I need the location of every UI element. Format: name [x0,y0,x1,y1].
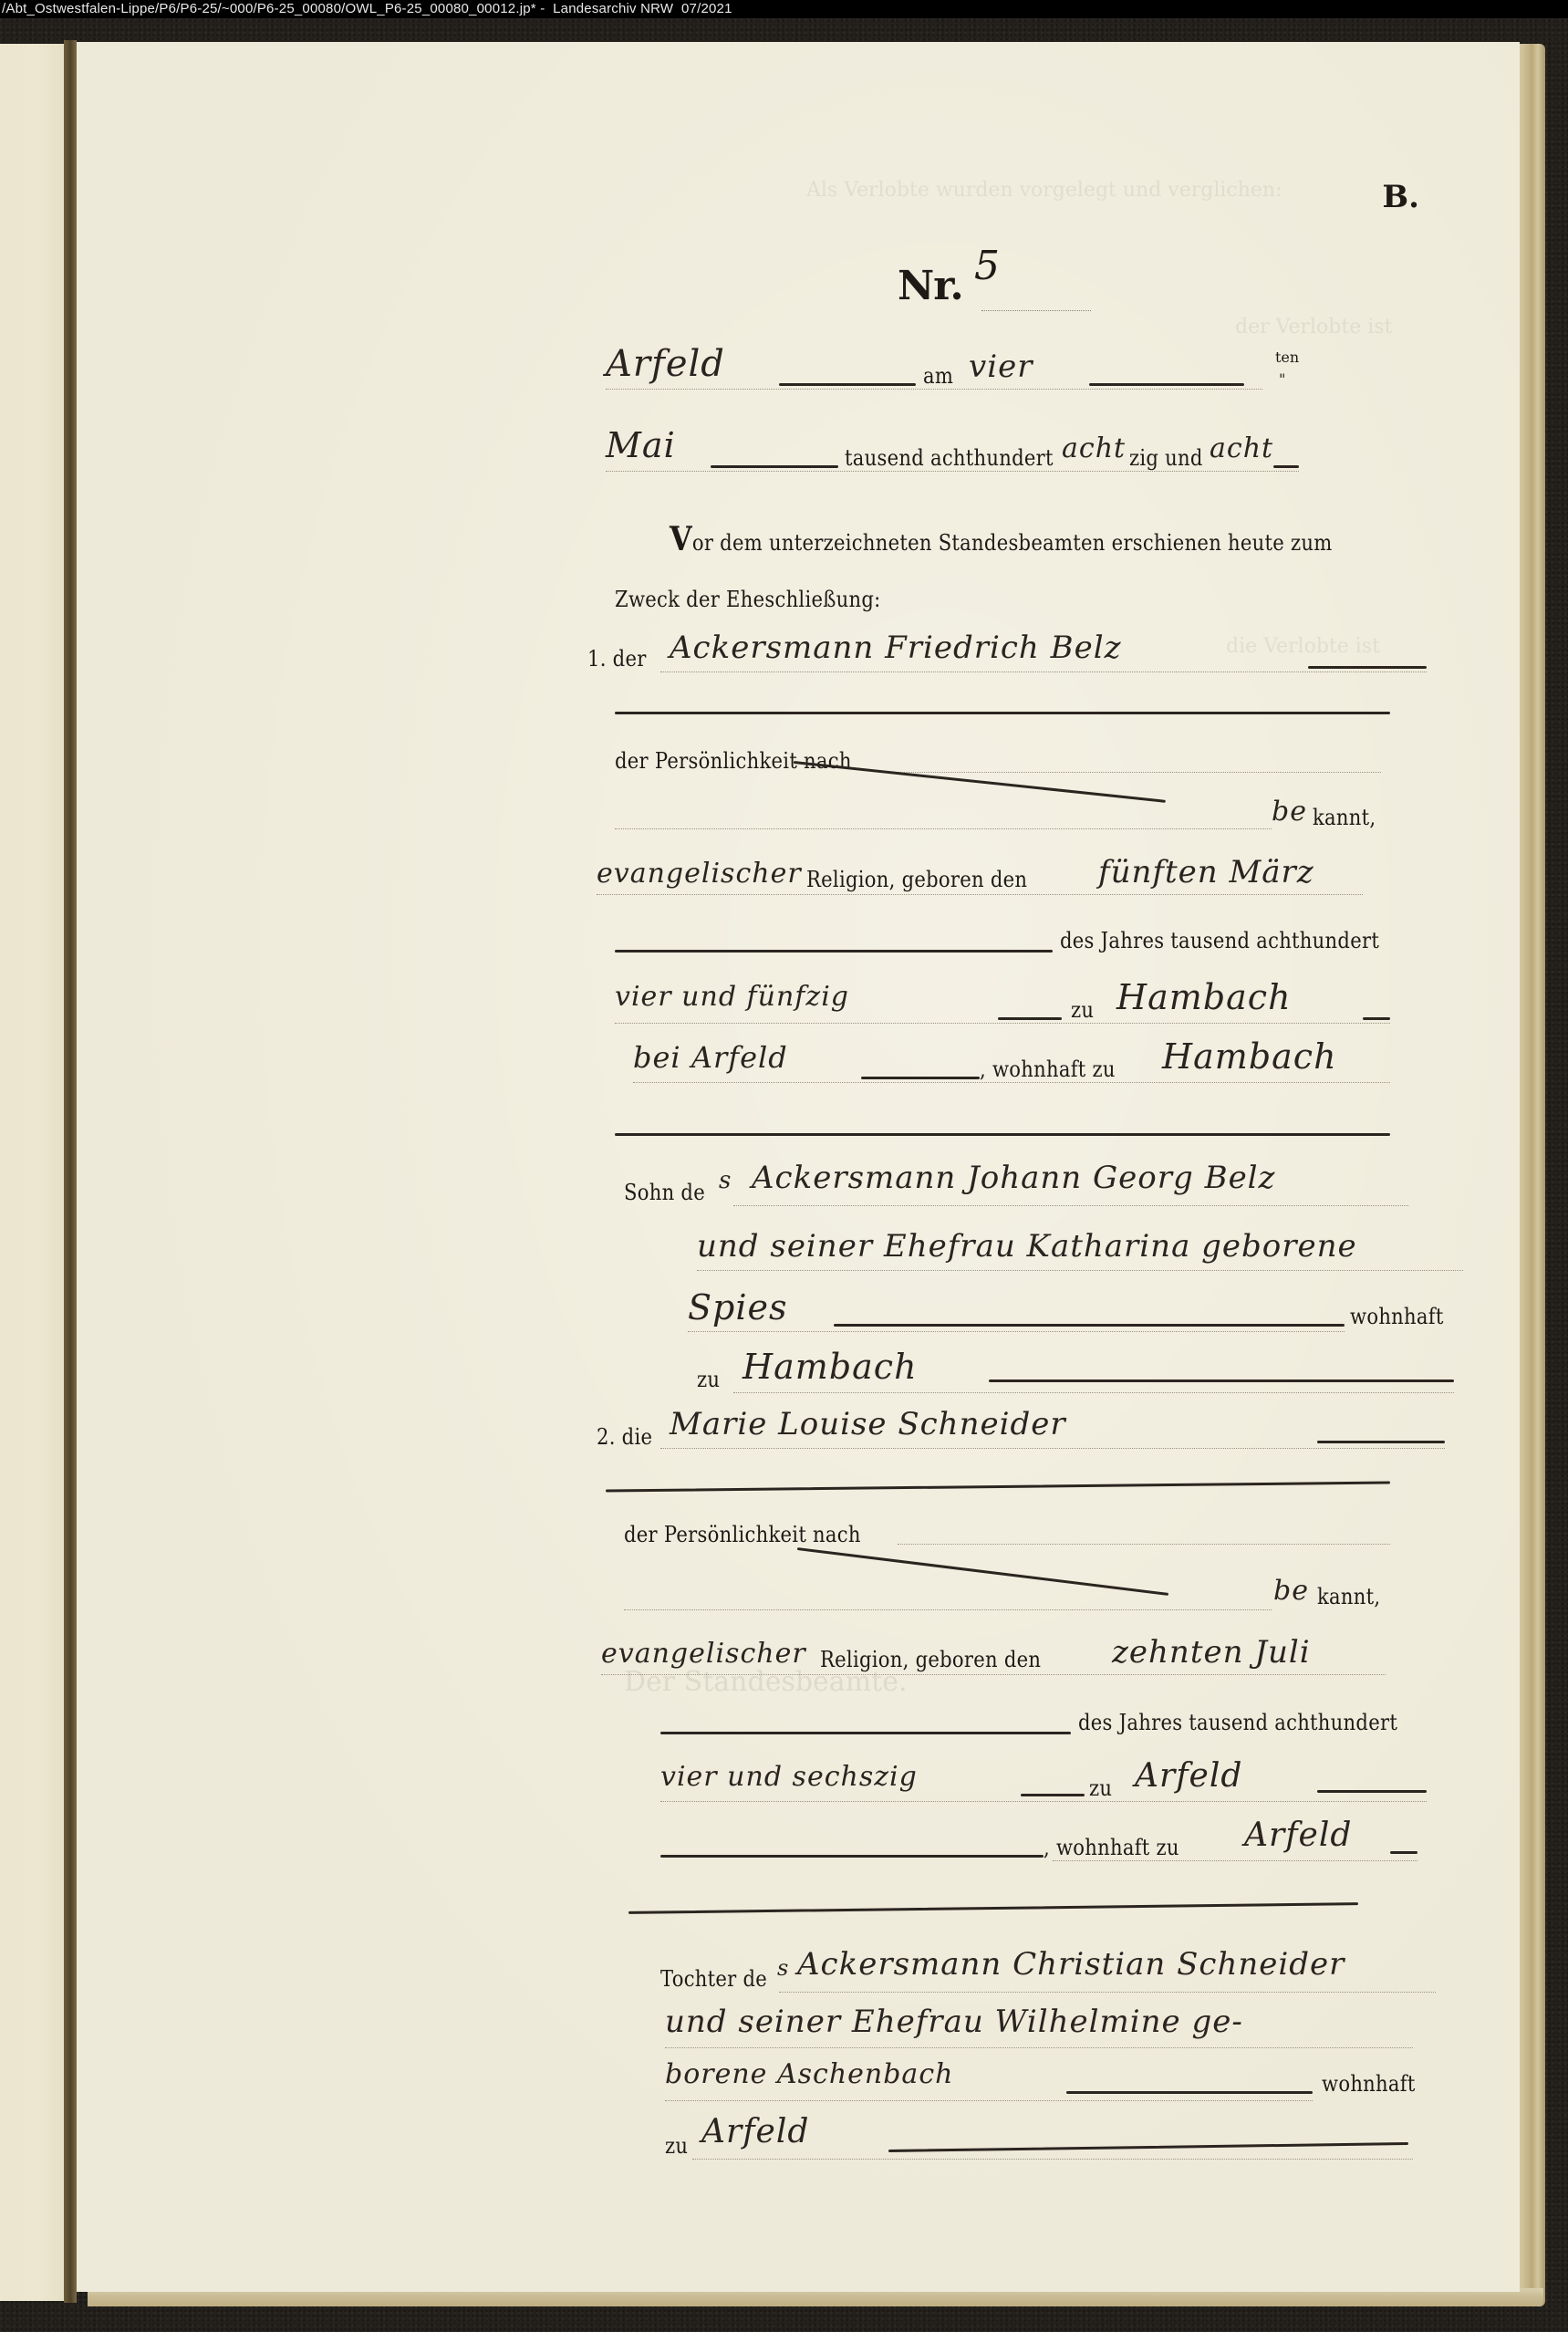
groom-parents-residence: Hambach [742,1347,918,1387]
left-page-edge [0,44,64,2301]
groom-mother-maiden: Spies [688,1287,788,1327]
bride-year-label: des Jahres tausend achthundert [1078,1710,1397,1735]
bride-residence: Arfeld [1244,1817,1352,1854]
bride-section-divider [628,1902,1358,1914]
groom-father: Ackersmann Johann Georg Belz [752,1160,1275,1196]
record-number-label: Nr. [898,263,963,309]
groom-known-line: be kannt, [615,792,1436,847]
window-title-bar: /Abt_Ostwestfalen-Lippe/P6/P6-25/~000/P6… [0,0,1568,18]
form-rule [660,671,1427,672]
bride-parents-suffix: s [777,1955,789,1981]
fill-stroke [1089,383,1244,386]
book-gutter [64,40,77,2303]
bleed-through-text: der Verlobte ist [1235,316,1392,338]
form-rule [624,1609,1272,1610]
form-rule [665,2047,1413,2048]
form-rule [1053,1860,1417,1861]
bride-birth-day-month: zehnten Juli [1112,1634,1311,1671]
fill-stroke [660,1855,1044,1858]
year-tens-handwritten: acht [1062,432,1126,464]
groom-birthplace-cont: bei Arfeld [633,1040,788,1075]
groom-year-label-line: des Jahres tausend achthundert [615,913,1436,968]
groom-religion-label: Religion, geboren den [806,867,1027,892]
groom-name-line: 1. der Ackersmann Friedrich Belz [587,626,1454,681]
bride-parents-label: Tochter de [660,1966,767,1992]
fill-stroke [1317,1790,1427,1793]
groom-number-label: 1. der [587,646,647,671]
bride-mother-line-text: und seiner Ehefrau Wilhelmine ge- [665,2004,1243,2040]
groom-birthplace-label: zu [1071,997,1094,1023]
bride-father: Ackersmann Christian Schneider [797,1946,1345,1983]
form-rule [697,1270,1463,1271]
groom-maiden-line: Spies wohnhaft [688,1287,1509,1342]
page-stack-right-edge [1516,44,1545,2306]
form-rule [665,2100,1313,2101]
groom-parents-residence-label: wohnhaft [1350,1304,1444,1329]
fill-stroke [711,465,838,468]
groom-religion-line: evangelischer Religion, geboren den fünf… [597,854,1463,909]
bride-parents-residence: Arfeld [701,2113,809,2150]
groom-identity-handwritten: be [1272,796,1307,828]
bride-year-label-line: des Jahres tausend achthundert [624,1693,1445,1748]
fill-stroke [1390,1851,1417,1854]
record-number-line [981,310,1091,311]
groom-year-label: des Jahres tausend achthundert [1060,928,1379,953]
bride-mother-line: und seiner Ehefrau Wilhelmine ge- [665,2004,1486,2058]
groom-residence: Hambach [1162,1036,1337,1077]
form-rule [688,1331,1345,1332]
bride-maiden-line: borene Aschenbach wohnhaft [665,2058,1486,2113]
fill-stroke [888,2142,1408,2152]
fill-stroke [1066,2091,1313,2094]
bride-known-line: be kannt, [624,1573,1445,1628]
fill-stroke [660,1732,1071,1734]
fill-stroke [1021,1794,1085,1796]
groom-residence-label: , wohnhaft zu [980,1057,1116,1082]
groom-residence-line: bei Arfeld , wohnhaft zu Hambach [633,1036,1454,1091]
bride-residence-line: , wohnhaft zu Arfeld [660,1817,1481,1871]
bride-identity-suffix: kannt, [1317,1584,1380,1609]
groom-parents-label: Sohn de [624,1180,705,1205]
intro-rest: or dem unterzeichneten Standesbeamten er… [692,530,1333,556]
groom-identity-label: der Persönlichkeit nach [615,748,852,774]
bleed-through-text: Als Verlobte wurden vorgelegt und vergli… [806,179,1282,202]
intro-line-1: Vor dem unterzeichneten Standesbeamten e… [670,509,1490,564]
form-rule [779,1992,1436,1993]
record-number: Nr. 5 [898,263,963,309]
bride-birthplace-label: zu [1089,1775,1112,1801]
form-rule [601,1674,1386,1675]
fill-stroke [834,1324,1345,1327]
day-handwritten: vier [969,349,1033,385]
fill-stroke [1317,1441,1445,1443]
year-units-handwritten: acht [1210,432,1273,464]
groom-mother-line: und seiner Ehefrau Katharina geborene [697,1228,1518,1283]
form-rule [660,1448,1445,1449]
bride-birth-year-line: vier und sechszig zu Arfeld [660,1757,1481,1812]
year-label: tausend achthundert [845,445,1054,471]
intro-line-2: Zweck der Eheschließung: [615,576,1436,630]
bride-parents-residence-label: wohnhaft [1322,2071,1416,2097]
bride-identity-label: der Persönlichkeit nach [624,1522,861,1547]
intro-purpose: Zweck der Eheschließung: [615,587,881,612]
form-rule [606,389,1262,390]
bride-name-cont-stroke [606,1481,1390,1492]
register-page: Als Verlobte wurden vorgelegt und vergli… [77,42,1520,2292]
bride-name: Marie Louise Schneider [670,1406,1066,1442]
ten-suffix: ten [1275,349,1299,366]
groom-section-divider [615,1133,1390,1136]
groom-parents-suffix: s [719,1167,732,1194]
bride-father-line: Tochter de s Ackersmann Christian Schnei… [660,1944,1520,1999]
groom-identity-line: der Persönlichkeit nach [615,735,1436,790]
form-rule [898,772,1381,773]
am-label: am [923,363,953,389]
bride-identity-line: der Persönlichkeit nach [624,1511,1445,1566]
fill-stroke [779,383,916,386]
groom-parents-residence-prefix: zu [697,1367,720,1392]
zig-und-label: zig und [1129,445,1203,471]
form-letter: B. [1382,179,1419,215]
groom-parents-residence-line: zu Hambach [697,1347,1518,1401]
intro-initial: V [670,520,692,558]
groom-birth-year-line: vier und fünfzig zu Hambach [615,977,1436,1032]
record-number-value: 5 [974,243,1000,289]
form-rule [733,1392,1454,1393]
intro-text: Vor dem unterzeichneten Standesbeamten e… [670,520,1333,558]
form-rule [615,828,1272,829]
groom-identity-suffix: kannt, [1313,805,1376,830]
bride-religion: evangelischer [601,1638,806,1670]
groom-birth-year: vier und fünfzig [615,981,849,1013]
form-rule [898,1544,1390,1545]
bride-identity-handwritten: be [1273,1575,1309,1607]
form-rule [733,1205,1408,1206]
place-date-line: Arfeld am vier ten " [606,343,1427,398]
bride-residence-label: , wohnhaft zu [1044,1835,1179,1860]
fill-stroke [1363,1017,1390,1020]
fill-stroke [615,950,1053,953]
fill-stroke [1273,465,1299,468]
groom-birth-day-month: fünften März [1098,854,1314,890]
bride-parents-residence-line: zu Arfeld [665,2113,1486,2168]
fill-stroke [861,1077,980,1079]
ditto-mark: " [1279,370,1285,388]
bride-religion-line: evangelischer Religion, geboren den zehn… [601,1634,1468,1689]
groom-birthplace: Hambach [1116,977,1292,1017]
groom-name: Ackersmann Friedrich Belz [670,630,1122,666]
fill-stroke [989,1379,1454,1382]
bride-number-label: 2. die [597,1424,652,1450]
bride-mother-maiden: borene Aschenbach [665,2058,953,2090]
fill-stroke [998,1017,1062,1020]
bride-parents-residence-prefix: zu [665,2133,688,2159]
form-rule [615,1023,1390,1024]
year-line: Mai tausend achthundert acht zig und ach… [606,425,1427,480]
fill-stroke [1308,666,1427,669]
form-rule [633,1082,1390,1083]
groom-name-cont-stroke [615,712,1390,714]
form-rule [660,1801,1427,1802]
groom-mother-line-text: und seiner Ehefrau Katharina geborene [697,1228,1357,1265]
form-rule [606,471,1299,472]
groom-religion: evangelischer [597,858,802,890]
bride-religion-label: Religion, geboren den [820,1647,1041,1672]
place-handwritten: Arfeld [606,343,725,385]
month-handwritten: Mai [606,425,676,465]
bride-birthplace: Arfeld [1135,1757,1242,1795]
form-rule [692,2159,1413,2160]
bride-birth-year: vier und sechszig [660,1761,918,1793]
form-rule [597,894,1363,895]
groom-father-line: Sohn de s Ackersmann Johann Georg Belz [624,1160,1472,1214]
bride-name-line: 2. die Marie Louise Schneider [597,1406,1463,1461]
